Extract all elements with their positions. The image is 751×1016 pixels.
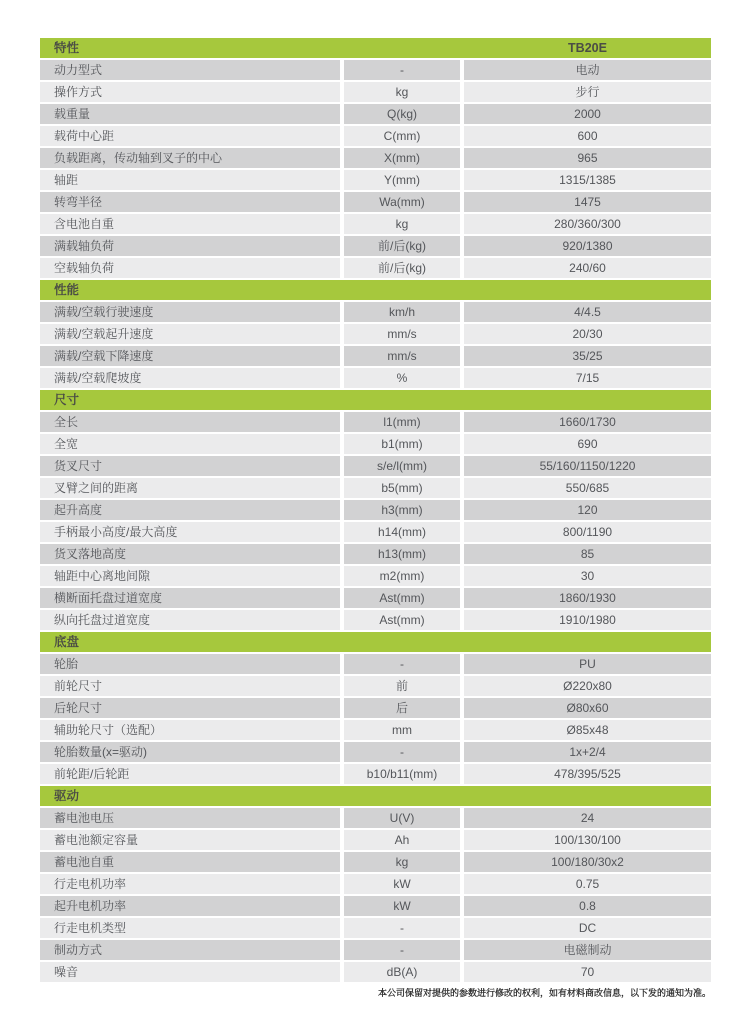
spec-unit: X(mm) — [344, 148, 460, 168]
spec-unit: - — [344, 654, 460, 674]
spec-label: 含电池自重 — [40, 214, 340, 234]
section-title: 驱动 — [54, 789, 79, 803]
spec-label: 满载/空载起升速度 — [40, 324, 340, 344]
spec-value: 690 — [464, 434, 711, 454]
spec-unit: kg — [344, 214, 460, 234]
spec-label: 载荷中心距 — [40, 126, 340, 146]
spec-label: 轮胎 — [40, 654, 340, 674]
spec-label: 蓄电池电压 — [40, 808, 340, 828]
spec-value: 1910/1980 — [464, 610, 711, 630]
section-header: 驱动 — [40, 786, 711, 806]
spec-label: 货叉落地高度 — [40, 544, 340, 564]
spec-label: 前轮距/后轮距 — [40, 764, 340, 784]
spec-row: 辅助轮尺寸（选配） mm Ø85x48 — [40, 720, 711, 740]
spec-value: 280/360/300 — [464, 214, 711, 234]
spec-unit: - — [344, 60, 460, 80]
spec-unit: C(mm) — [344, 126, 460, 146]
spec-row: 前轮距/后轮距 b10/b11(mm) 478/395/525 — [40, 764, 711, 784]
spec-row: 空载轴负荷 前/后(kg) 240/60 — [40, 258, 711, 278]
spec-value: 965 — [464, 148, 711, 168]
spec-value: DC — [464, 918, 711, 938]
spec-unit: Wa(mm) — [344, 192, 460, 212]
spec-value: 30 — [464, 566, 711, 586]
spec-row: 满载/空载行驶速度 km/h 4/4.5 — [40, 302, 711, 322]
spec-value: 电动 — [464, 60, 711, 80]
spec-value: 0.75 — [464, 874, 711, 894]
spec-label: 蓄电池自重 — [40, 852, 340, 872]
spec-row: 轴距中心离地间隙 m2(mm) 30 — [40, 566, 711, 586]
spec-row: 起升高度 h3(mm) 120 — [40, 500, 711, 520]
spec-label: 空载轴负荷 — [40, 258, 340, 278]
spec-unit: - — [344, 940, 460, 960]
spec-label: 货叉尺寸 — [40, 456, 340, 476]
spec-value: 120 — [464, 500, 711, 520]
footer-note: 本公司保留对提供的参数进行修改的权利，如有材料商改信息，以下发的通知为准。 — [40, 987, 711, 999]
spec-label: 噪音 — [40, 962, 340, 982]
spec-row: 蓄电池电压 U(V) 24 — [40, 808, 711, 828]
spec-row: 含电池自重 kg 280/360/300 — [40, 214, 711, 234]
spec-row: 载重量 Q(kg) 2000 — [40, 104, 711, 124]
spec-label: 全宽 — [40, 434, 340, 454]
spec-label: 叉臂之间的距离 — [40, 478, 340, 498]
spec-unit: 后 — [344, 698, 460, 718]
spec-row: 起升电机功率 kW 0.8 — [40, 896, 711, 916]
spec-label: 行走电机类型 — [40, 918, 340, 938]
spec-label: 手柄最小高度/最大高度 — [40, 522, 340, 542]
spec-unit: kg — [344, 852, 460, 872]
spec-value: 1475 — [464, 192, 711, 212]
spec-row: 满载/空载起升速度 mm/s 20/30 — [40, 324, 711, 344]
spec-unit: - — [344, 918, 460, 938]
spec-table-body: 动力型式 - 电动 操作方式 kg 步行 载重量 Q(kg) 2000 载荷中心… — [40, 60, 711, 982]
section-title: 性能 — [54, 283, 79, 297]
spec-unit: mm/s — [344, 324, 460, 344]
spec-value: 1860/1930 — [464, 588, 711, 608]
spec-unit: U(V) — [344, 808, 460, 828]
spec-unit: 前 — [344, 676, 460, 696]
spec-unit: Ast(mm) — [344, 610, 460, 630]
spec-row: 前轮尺寸 前 Ø220x80 — [40, 676, 711, 696]
spec-value: 0.8 — [464, 896, 711, 916]
spec-value: 1315/1385 — [464, 170, 711, 190]
spec-unit: Y(mm) — [344, 170, 460, 190]
spec-label: 负载距离，传动轴到叉子的中心 — [40, 148, 340, 168]
section-title: 底盘 — [54, 635, 79, 649]
spec-value: 1x+2/4 — [464, 742, 711, 762]
spec-row: 满载/空载下降速度 mm/s 35/25 — [40, 346, 711, 366]
spec-row: 货叉落地高度 h13(mm) 85 — [40, 544, 711, 564]
spec-value: 920/1380 — [464, 236, 711, 256]
spec-unit: dB(A) — [344, 962, 460, 982]
spec-label: 满载/空载下降速度 — [40, 346, 340, 366]
spec-value: 240/60 — [464, 258, 711, 278]
spec-row: 横断面托盘过道宽度 Ast(mm) 1860/1930 — [40, 588, 711, 608]
spec-row: 满载/空载爬坡度 % 7/15 — [40, 368, 711, 388]
spec-row: 轴距 Y(mm) 1315/1385 — [40, 170, 711, 190]
spec-value: 800/1190 — [464, 522, 711, 542]
spec-label: 满载/空载行驶速度 — [40, 302, 340, 322]
spec-row: 叉臂之间的距离 b5(mm) 550/685 — [40, 478, 711, 498]
spec-row: 操作方式 kg 步行 — [40, 82, 711, 102]
spec-value: 550/685 — [464, 478, 711, 498]
spec-unit: mm — [344, 720, 460, 740]
spec-unit: b1(mm) — [344, 434, 460, 454]
spec-value: 步行 — [464, 82, 711, 102]
spec-label: 辅助轮尺寸（选配） — [40, 720, 340, 740]
spec-unit: kg — [344, 82, 460, 102]
unit-column-header — [344, 38, 460, 58]
spec-row: 载荷中心距 C(mm) 600 — [40, 126, 711, 146]
spec-label: 纵向托盘过道宽度 — [40, 610, 340, 630]
spec-unit: % — [344, 368, 460, 388]
spec-unit: kW — [344, 874, 460, 894]
spec-unit: 前/后(kg) — [344, 236, 460, 256]
spec-label: 起升电机功率 — [40, 896, 340, 916]
spec-label: 全长 — [40, 412, 340, 432]
spec-unit: 前/后(kg) — [344, 258, 460, 278]
spec-value: 600 — [464, 126, 711, 146]
section-title: 尺寸 — [54, 393, 79, 407]
spec-unit: mm/s — [344, 346, 460, 366]
spec-table: 特性 TB20E 动力型式 - 电动 操作方式 kg 步行 载重量 Q(kg) … — [40, 38, 711, 984]
spec-label: 载重量 — [40, 104, 340, 124]
spec-row: 货叉尺寸 s/e/l(mm) 55/160/1150/1220 — [40, 456, 711, 476]
spec-row: 轮胎 - PU — [40, 654, 711, 674]
model-column-header: TB20E — [464, 38, 711, 58]
spec-row: 转弯半径 Wa(mm) 1475 — [40, 192, 711, 212]
spec-label: 动力型式 — [40, 60, 340, 80]
spec-label: 转弯半径 — [40, 192, 340, 212]
spec-value: 70 — [464, 962, 711, 982]
spec-value: 4/4.5 — [464, 302, 711, 322]
spec-value: Ø220x80 — [464, 676, 711, 696]
spec-label: 轮胎数量(x=驱动) — [40, 742, 340, 762]
spec-unit: l1(mm) — [344, 412, 460, 432]
spec-value: 7/15 — [464, 368, 711, 388]
spec-value: 2000 — [464, 104, 711, 124]
spec-row: 手柄最小高度/最大高度 h14(mm) 800/1190 — [40, 522, 711, 542]
spec-label: 满载轴负荷 — [40, 236, 340, 256]
spec-row: 动力型式 - 电动 — [40, 60, 711, 80]
spec-row: 轮胎数量(x=驱动) - 1x+2/4 — [40, 742, 711, 762]
spec-value: 35/25 — [464, 346, 711, 366]
spec-unit: - — [344, 742, 460, 762]
spec-unit: h13(mm) — [344, 544, 460, 564]
spec-value: 478/395/525 — [464, 764, 711, 784]
spec-unit: h14(mm) — [344, 522, 460, 542]
spec-unit: b10/b11(mm) — [344, 764, 460, 784]
spec-unit: kW — [344, 896, 460, 916]
spec-unit: Ah — [344, 830, 460, 850]
spec-value: Ø80x60 — [464, 698, 711, 718]
spec-label: 后轮尺寸 — [40, 698, 340, 718]
spec-label: 前轮尺寸 — [40, 676, 340, 696]
spec-label: 轴距中心离地间隙 — [40, 566, 340, 586]
spec-value: 24 — [464, 808, 711, 828]
spec-label: 轴距 — [40, 170, 340, 190]
spec-unit: s/e/l(mm) — [344, 456, 460, 476]
feature-column-header: 特性 — [40, 38, 340, 58]
spec-label: 行走电机功率 — [40, 874, 340, 894]
spec-value: Ø85x48 — [464, 720, 711, 740]
spec-value: 20/30 — [464, 324, 711, 344]
spec-row: 行走电机类型 - DC — [40, 918, 711, 938]
spec-unit: m2(mm) — [344, 566, 460, 586]
spec-value: 100/180/30x2 — [464, 852, 711, 872]
spec-value: 100/130/100 — [464, 830, 711, 850]
spec-row: 负载距离，传动轴到叉子的中心 X(mm) 965 — [40, 148, 711, 168]
section-header: 尺寸 — [40, 390, 711, 410]
spec-row: 行走电机功率 kW 0.75 — [40, 874, 711, 894]
spec-value: PU — [464, 654, 711, 674]
spec-row: 纵向托盘过道宽度 Ast(mm) 1910/1980 — [40, 610, 711, 630]
spec-value: 1660/1730 — [464, 412, 711, 432]
spec-row: 全宽 b1(mm) 690 — [40, 434, 711, 454]
spec-label: 制动方式 — [40, 940, 340, 960]
table-header-row: 特性 TB20E — [40, 38, 711, 58]
spec-value: 电磁制动 — [464, 940, 711, 960]
spec-row: 后轮尺寸 后 Ø80x60 — [40, 698, 711, 718]
section-header: 性能 — [40, 280, 711, 300]
spec-unit: b5(mm) — [344, 478, 460, 498]
spec-row: 制动方式 - 电磁制动 — [40, 940, 711, 960]
spec-label: 蓄电池额定容量 — [40, 830, 340, 850]
spec-value: 55/160/1150/1220 — [464, 456, 711, 476]
spec-label: 横断面托盘过道宽度 — [40, 588, 340, 608]
spec-row: 噪音 dB(A) 70 — [40, 962, 711, 982]
spec-row: 蓄电池额定容量 Ah 100/130/100 — [40, 830, 711, 850]
spec-label: 满载/空载爬坡度 — [40, 368, 340, 388]
spec-label: 起升高度 — [40, 500, 340, 520]
spec-row: 全长 l1(mm) 1660/1730 — [40, 412, 711, 432]
spec-unit: Ast(mm) — [344, 588, 460, 608]
spec-row: 满载轴负荷 前/后(kg) 920/1380 — [40, 236, 711, 256]
spec-unit: Q(kg) — [344, 104, 460, 124]
spec-row: 蓄电池自重 kg 100/180/30x2 — [40, 852, 711, 872]
spec-value: 85 — [464, 544, 711, 564]
spec-unit: km/h — [344, 302, 460, 322]
section-header: 底盘 — [40, 632, 711, 652]
spec-label: 操作方式 — [40, 82, 340, 102]
spec-unit: h3(mm) — [344, 500, 460, 520]
